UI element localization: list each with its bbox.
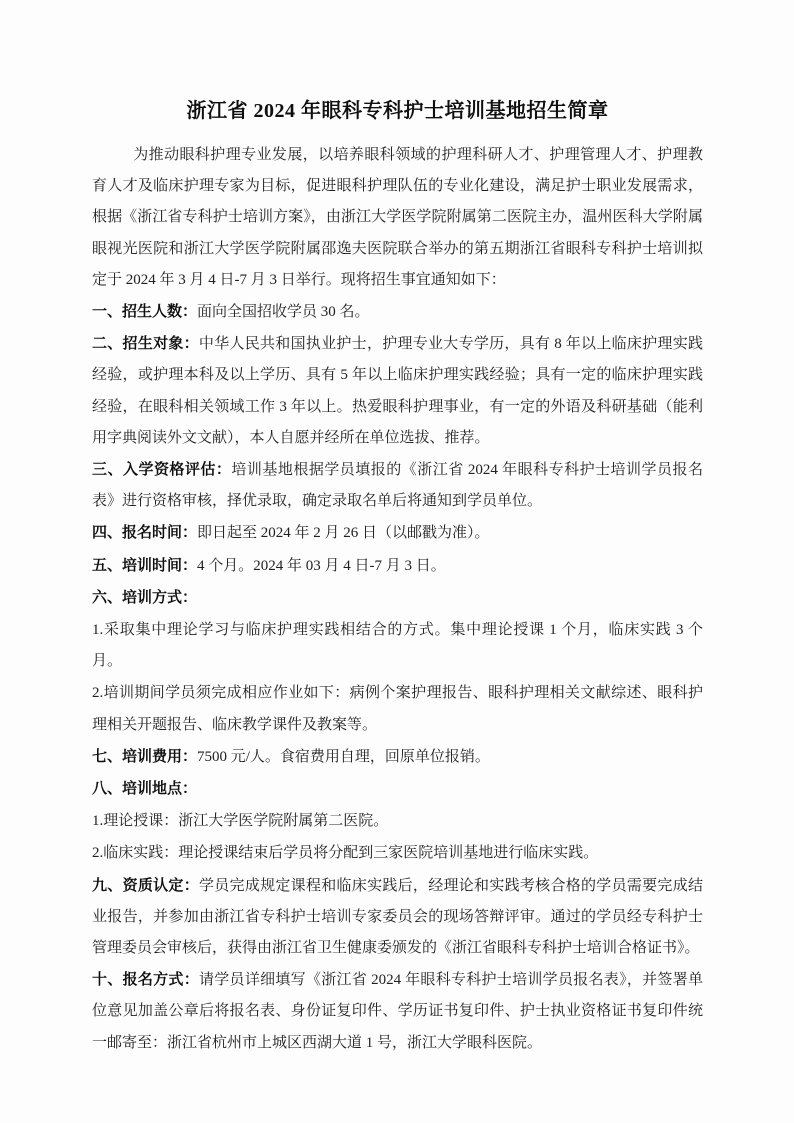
training-method-item-2: 2.培训期间学员须完成相应作业如下：病例个案护理报告、眼科护理相关文献综述、眼科…	[92, 678, 703, 740]
section-enrollment-count-text: 面向全国招收学员 30 名。	[197, 304, 370, 320]
section-enrollment-target: 二、招生对象：中华人民共和国执业护士，护理专业大专学历，具有 8 年以上临床护理…	[92, 329, 703, 454]
section-qualification-evaluation-label: 三、入学资格评估：	[92, 462, 231, 478]
section-training-fee: 七、培训费用：7500 元/人。食宿费用自理，回原单位报销。	[92, 742, 703, 773]
section-enrollment-count: 一、招生人数：面向全国招收学员 30 名。	[92, 297, 703, 328]
section-registration-deadline-text: 即日起至 2024 年 2 月 26 日（以邮戳为准）。	[197, 525, 490, 541]
training-location-item-2: 2.临床实践：理论授课结束后学员将分配到三家医院培训基地进行临床实践。	[92, 838, 703, 869]
section-training-location: 八、培训地点：	[92, 774, 703, 805]
intro-paragraph: 为推动眼科护理专业发展，以培养眼科领域的护理科研人才、护理管理人才、护理教育人才…	[92, 140, 703, 296]
section-training-fee-text: 7500 元/人。食宿费用自理，回原单位报销。	[197, 749, 490, 765]
section-application-method-label: 十、报名方式：	[92, 972, 199, 988]
document-page: 浙江省 2024 年眼科专科护士培训基地招生简章 为推动眼科护理专业发展，以培养…	[0, 0, 794, 1123]
document-title: 浙江省 2024 年眼科专科护士培训基地招生简章	[92, 96, 703, 126]
training-method-item-1: 1.采取集中理论学习与临床护理实践相结合的方式。集中理论授课 1 个月，临床实践…	[92, 615, 703, 677]
section-training-period: 五、培训时间：4 个月。2024 年 03 月 4 日-7 月 3 日。	[92, 551, 703, 582]
section-application-method: 十、报名方式：请学员详细填写《浙江省 2024 年眼科专科护士培训学员报名表》，…	[92, 965, 703, 1059]
section-training-method: 六、培训方式：	[92, 583, 703, 614]
section-training-period-label: 五、培训时间：	[92, 558, 197, 574]
section-enrollment-target-text: 中华人民共和国执业护士，护理专业大专学历，具有 8 年以上临床护理实践经验，或护…	[92, 336, 703, 446]
section-registration-deadline-label: 四、报名时间：	[92, 525, 197, 541]
training-location-item-1: 1.理论授课：浙江大学医学院附属第二医院。	[92, 806, 703, 837]
section-registration-deadline: 四、报名时间：即日起至 2024 年 2 月 26 日（以邮戳为准）。	[92, 518, 703, 549]
section-qualification-evaluation: 三、入学资格评估：培训基地根据学员填报的《浙江省 2024 年眼科专科护士培训学…	[92, 455, 703, 517]
document-body: 为推动眼科护理专业发展，以培养眼科领域的护理科研人才、护理管理人才、护理教育人才…	[92, 140, 703, 1059]
section-training-location-label: 八、培训地点：	[92, 781, 197, 797]
section-training-method-label: 六、培训方式：	[92, 590, 197, 606]
section-enrollment-target-label: 二、招生对象：	[92, 336, 199, 352]
section-training-period-text: 4 个月。2024 年 03 月 4 日-7 月 3 日。	[197, 558, 446, 574]
section-training-fee-label: 七、培训费用：	[92, 749, 197, 765]
section-certification: 九、资质认定：学员完成规定课程和临床实践后，经理论和实践考核合格的学员需要完成结…	[92, 871, 703, 965]
section-enrollment-count-label: 一、招生人数：	[92, 304, 197, 320]
section-certification-label: 九、资质认定：	[92, 878, 199, 894]
